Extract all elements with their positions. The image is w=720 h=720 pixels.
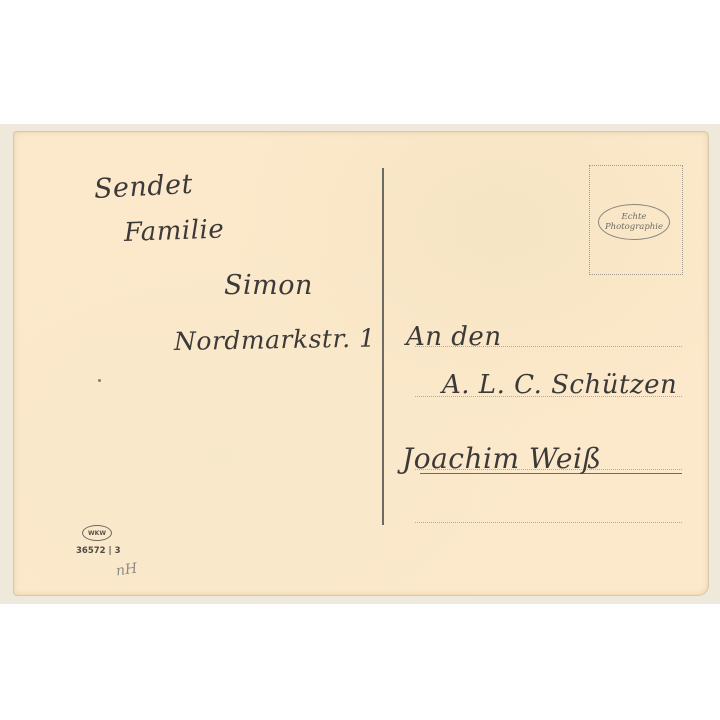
postcard: Sendet Familie Simon Nordmarkstr. 1 Echt… [14, 132, 708, 595]
echte-photographie-stamp-icon: Echte Photographie [598, 204, 670, 240]
address-line [415, 522, 682, 523]
paper-speck [98, 379, 101, 382]
handwritten-sender-line: Familie [123, 215, 224, 248]
handwritten-recipient-line: Joachim Weiß [402, 442, 602, 475]
publisher-logo-text: WKW [88, 530, 106, 537]
center-divider-line [382, 168, 384, 525]
handwritten-recipient-line: A. L. C. Schützen [442, 370, 677, 400]
stamp-box: Echte Photographie [589, 165, 683, 275]
handwritten-sender-line: Sendet [93, 169, 193, 205]
publisher-number: 36572 | 3 [76, 546, 121, 556]
handwritten-sender-line: Nordmarkstr. 1 [174, 323, 376, 356]
handwritten-sender-line: Simon [224, 270, 313, 301]
handwritten-recipient-line: An den [406, 322, 502, 352]
pencil-annotation: nH [115, 561, 138, 580]
stamp-label-line-2: Photographie [605, 222, 663, 232]
publisher-logo-icon: WKW [82, 525, 112, 541]
stamp-label-line-1: Echte [622, 212, 647, 222]
